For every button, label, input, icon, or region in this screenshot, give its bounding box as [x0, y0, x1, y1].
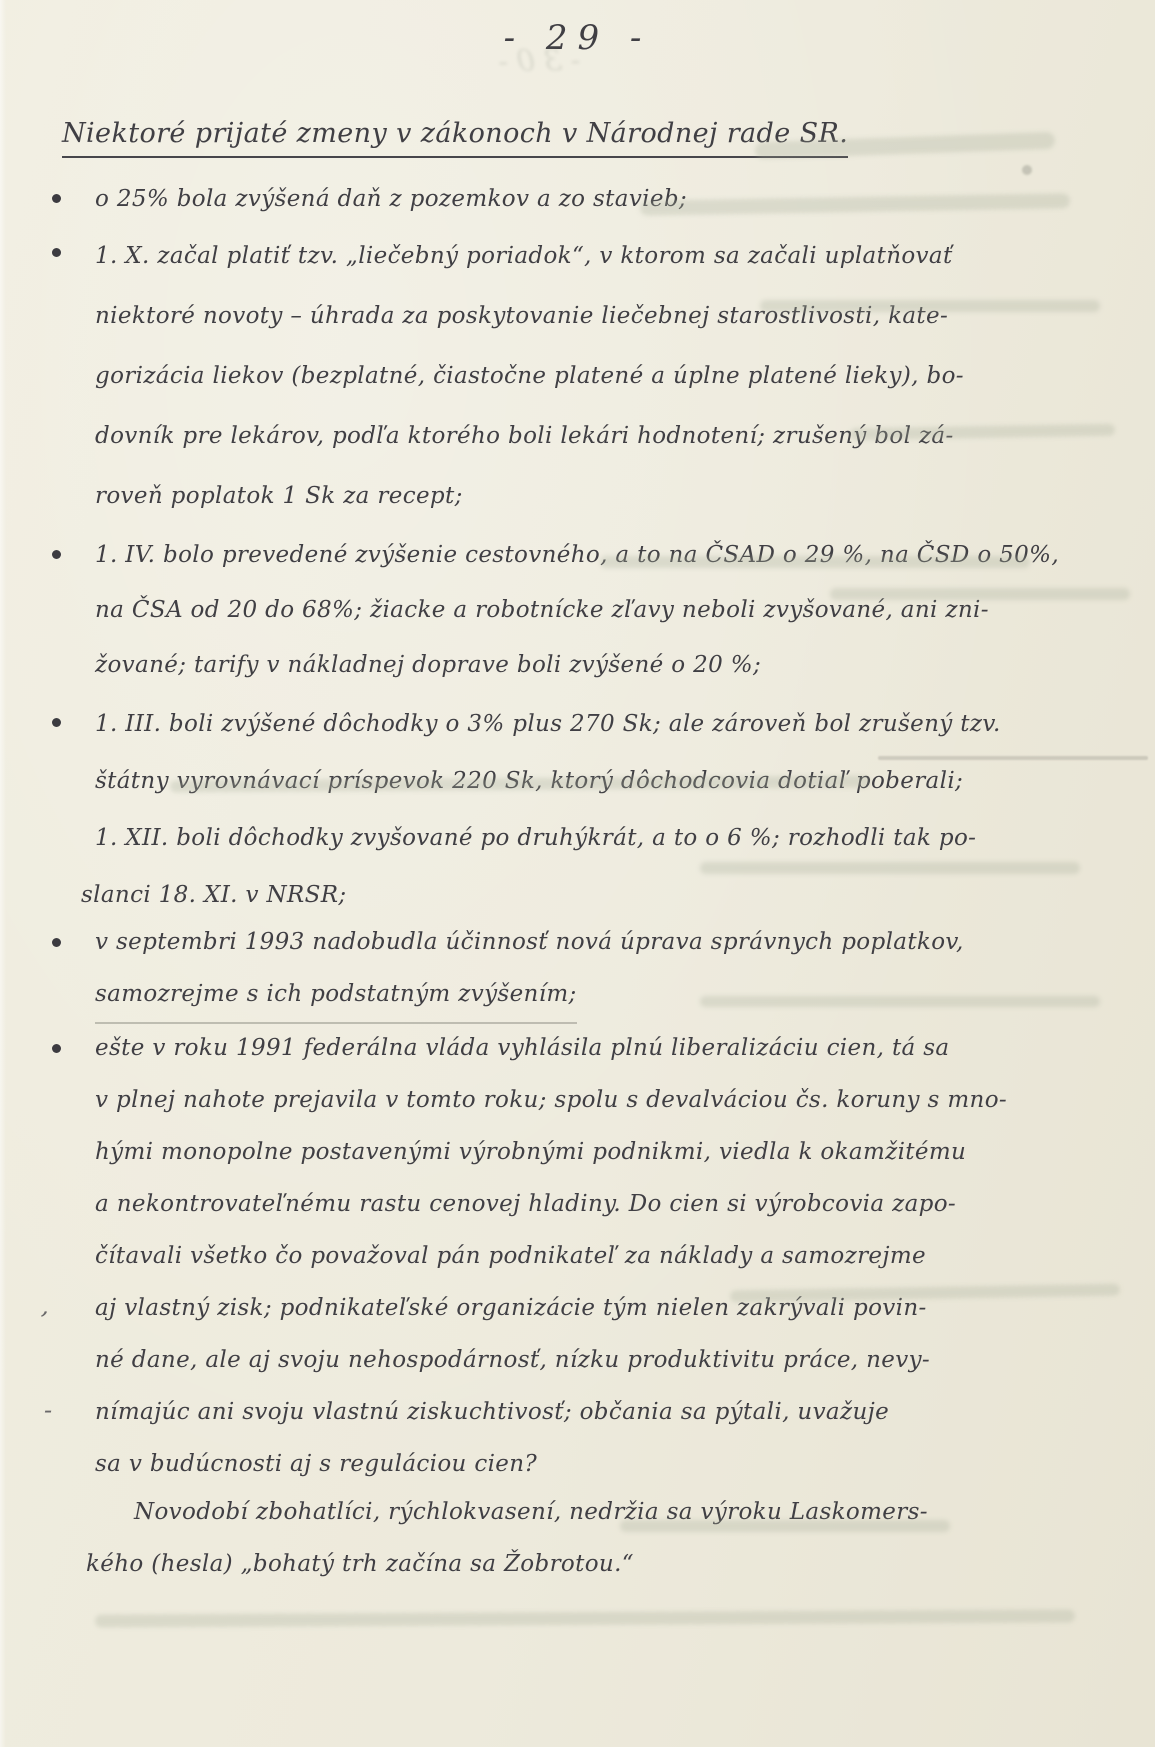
text-line: sa v budúcnosti aj s reguláciou cien? — [95, 1438, 1115, 1490]
text-line: 1. X. začal platiť tzv. „liečebný poriad… — [95, 226, 1115, 286]
text-line: čítavali všetko čo považoval pán podnika… — [95, 1230, 1115, 1282]
ghost-page-number: -30- — [490, 43, 581, 80]
text-line: a nekontrovateľnému rastu cenovej hladin… — [95, 1178, 1115, 1230]
text-line: roveň poplatok 1 Sk za recept; — [95, 466, 1115, 526]
text-line: kého (hesla) „bohatý trh začína sa Žobro… — [86, 1538, 1115, 1590]
text-line: niektoré novoty – úhrada za poskytovanie… — [95, 286, 1115, 346]
bullet-item: v septembri 1993 nadobudla účinnosť nová… — [52, 916, 1115, 1024]
text-line: dovník pre lekárov, podľa ktorého boli l… — [95, 406, 1115, 466]
stray-mark: - — [44, 1396, 52, 1424]
text-line: v septembri 1993 nadobudla účinnosť nová… — [95, 916, 1115, 968]
bullet-dot-icon — [52, 550, 61, 559]
bullet-item: 1. IV. bolo prevedené zvýšenie cestovnéh… — [52, 528, 1115, 693]
text-line: Novodobí zbohatlíci, rýchlokvasení, nedr… — [86, 1486, 1115, 1538]
text-line: né dane, ale aj svoju nehospodárnosť, ní… — [95, 1334, 1115, 1386]
text-line: hými monopolne postavenými výrobnými pod… — [95, 1126, 1115, 1178]
bullet-dot-icon — [52, 938, 61, 947]
text-line: štátny vyrovnávací príspevok 220 Sk, kto… — [95, 753, 1115, 810]
text-line: na ČSA od 20 do 68%; žiacke a robotnícke… — [95, 583, 1115, 638]
text-line: samozrejme s ich podstatným zvýšením; — [95, 968, 577, 1024]
bullet-dot-icon — [52, 194, 61, 203]
bullet-item: 1. III. boli zvýšené dôchodky o 3% plus … — [52, 696, 1115, 924]
text-line: gorizácia liekov (bezplatné, čiastočne p… — [95, 346, 1115, 406]
bullet-dot-icon — [52, 718, 61, 727]
bullet-dot-icon — [52, 248, 61, 257]
bleedthrough-ghost — [95, 1609, 1075, 1627]
bullet-item: o 25% bola zvýšená daň z pozemkov a zo s… — [52, 172, 1115, 227]
bullet-item: 1. X. začal platiť tzv. „liečebný poriad… — [52, 226, 1115, 526]
text-line: nímajúc ani svoju vlastnú ziskuchtivosť;… — [95, 1386, 1115, 1438]
manuscript-page: -30- - 29 - Niektoré prijaté zmeny v zák… — [0, 0, 1155, 1747]
text-line: 1. XII. boli dôchodky zvyšované po druhý… — [95, 810, 1115, 867]
bullet-dot-icon — [52, 1044, 61, 1053]
bullet-item: ešte v roku 1991 federálna vláda vyhlási… — [52, 1022, 1115, 1490]
closing-paragraph: Novodobí zbohatlíci, rýchlokvasení, nedr… — [86, 1486, 1115, 1590]
text-line: 1. III. boli zvýšené dôchodky o 3% plus … — [95, 696, 1115, 753]
text-line: aj vlastný zisk; podnikateľské organizác… — [95, 1282, 1115, 1334]
text-line: 1. IV. bolo prevedené zvýšenie cestovnéh… — [95, 528, 1115, 583]
text-line: ešte v roku 1991 federálna vláda vyhlási… — [95, 1022, 1115, 1074]
document-title: Niektoré prijaté zmeny v zákonoch v Náro… — [62, 118, 848, 158]
text-line: o 25% bola zvýšená daň z pozemkov a zo s… — [95, 172, 1115, 227]
stray-mark: , — [40, 1292, 51, 1321]
text-line: žované; tarify v nákladnej doprave boli … — [95, 638, 1115, 693]
text-line: v plnej nahote prejavila v tomto roku; s… — [95, 1074, 1115, 1126]
